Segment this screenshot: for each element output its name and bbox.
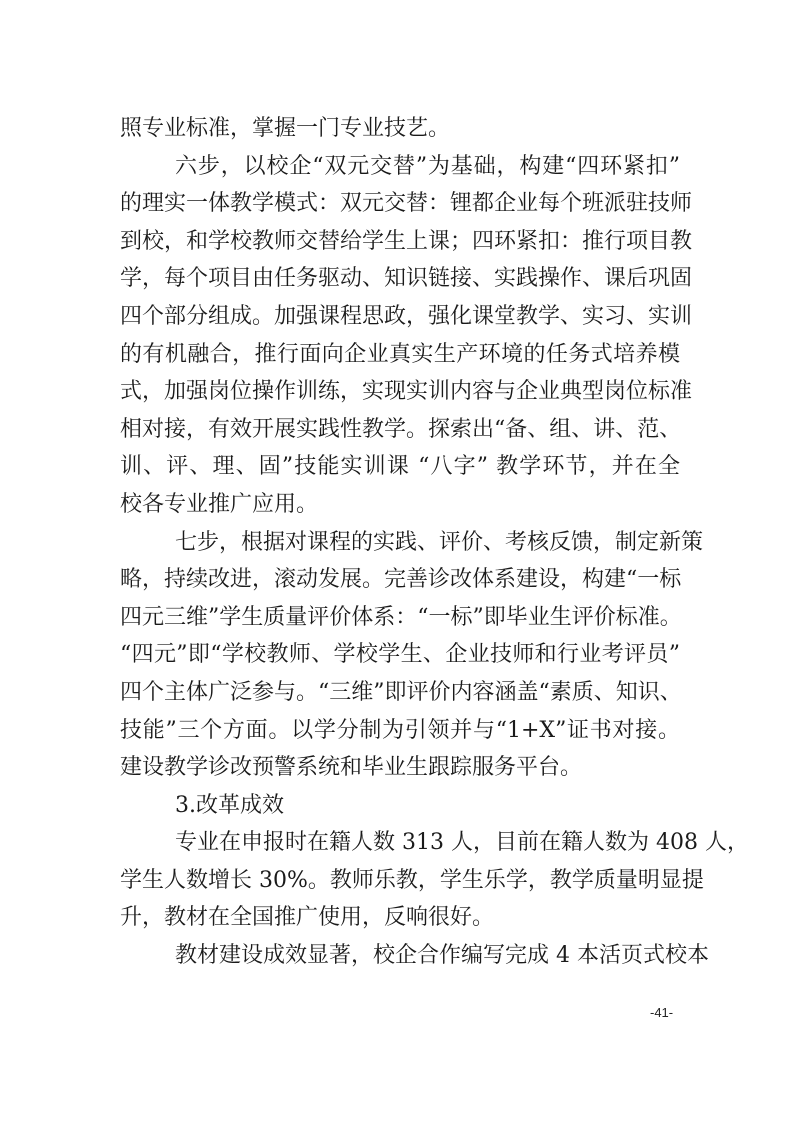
text-line: 照专业标准，掌握一门专业技艺。 xyxy=(120,110,680,148)
text-line: 建设教学诊改预警系统和毕业生跟踪服务平台。 xyxy=(120,749,680,787)
paragraph-step-seven: 七步，根据对课程的实践、评价、考核反馈，制定新策 xyxy=(120,524,680,562)
text-line: 相对接，有效开展实践性教学。探索出“备、组、讲、范、 xyxy=(120,411,680,449)
text-line: 四个主体广泛参与。“三维”即评价内容涵盖“素质、知识、 xyxy=(120,674,680,712)
text-line: 升，教材在全国推广使用，反响很好。 xyxy=(120,899,680,937)
text-line: 式，加强岗位操作训练，实现实训内容与企业典型岗位标准 xyxy=(120,373,680,411)
text-line: 略，持续改进，滚动发展。完善诊改体系建设，构建“一标 xyxy=(120,561,680,599)
paragraph-enrollment: 专业在申报时在籍人数 313 人，目前在籍人数为 408 人， xyxy=(120,824,680,862)
page-number: -41- xyxy=(650,1005,673,1020)
text-line: 训、评、理、固”技能实训课 “八字” 教学环节，并在全 xyxy=(120,448,680,486)
text-line: 学生人数增长 30%。教师乐教，学生乐学，教学质量明显提 xyxy=(120,862,680,900)
text-line: 四元三维”学生质量评价体系：“一标”即毕业生评价标准。 xyxy=(120,599,680,637)
document-page: 照专业标准，掌握一门专业技艺。 六步，以校企“双元交替”为基础，构建“四环紧扣”… xyxy=(0,0,793,1122)
text-line: 学，每个项目由任务驱动、知识链接、实践操作、课后巩固 xyxy=(120,260,680,298)
text-line: 技能”三个方面。以学分制为引领并与“1+X”证书对接。 xyxy=(120,712,680,750)
text-line: 到校，和学校教师交替给学生上课；四环紧扣：推行项目教 xyxy=(120,223,680,261)
text-line: “四元”即“学校教师、学校学生、企业技师和行业考评员” xyxy=(120,636,680,674)
section-heading: 3.改革成效 xyxy=(120,787,680,825)
text-line: 校各专业推广应用。 xyxy=(120,486,680,524)
text-line: 四个部分组成。加强课程思政，强化课堂教学、实习、实训 xyxy=(120,298,680,336)
text-line: 的理实一体教学模式：双元交替：锂都企业每个班派驻技师 xyxy=(120,185,680,223)
body-text: 照专业标准，掌握一门专业技艺。 六步，以校企“双元交替”为基础，构建“四环紧扣”… xyxy=(120,110,680,975)
paragraph-textbooks: 教材建设成效显著，校企合作编写完成 4 本活页式校本 xyxy=(120,937,680,975)
text-line: 的有机融合，推行面向企业真实生产环境的任务式培养模 xyxy=(120,336,680,374)
paragraph-step-six: 六步，以校企“双元交替”为基础，构建“四环紧扣” xyxy=(120,148,680,186)
